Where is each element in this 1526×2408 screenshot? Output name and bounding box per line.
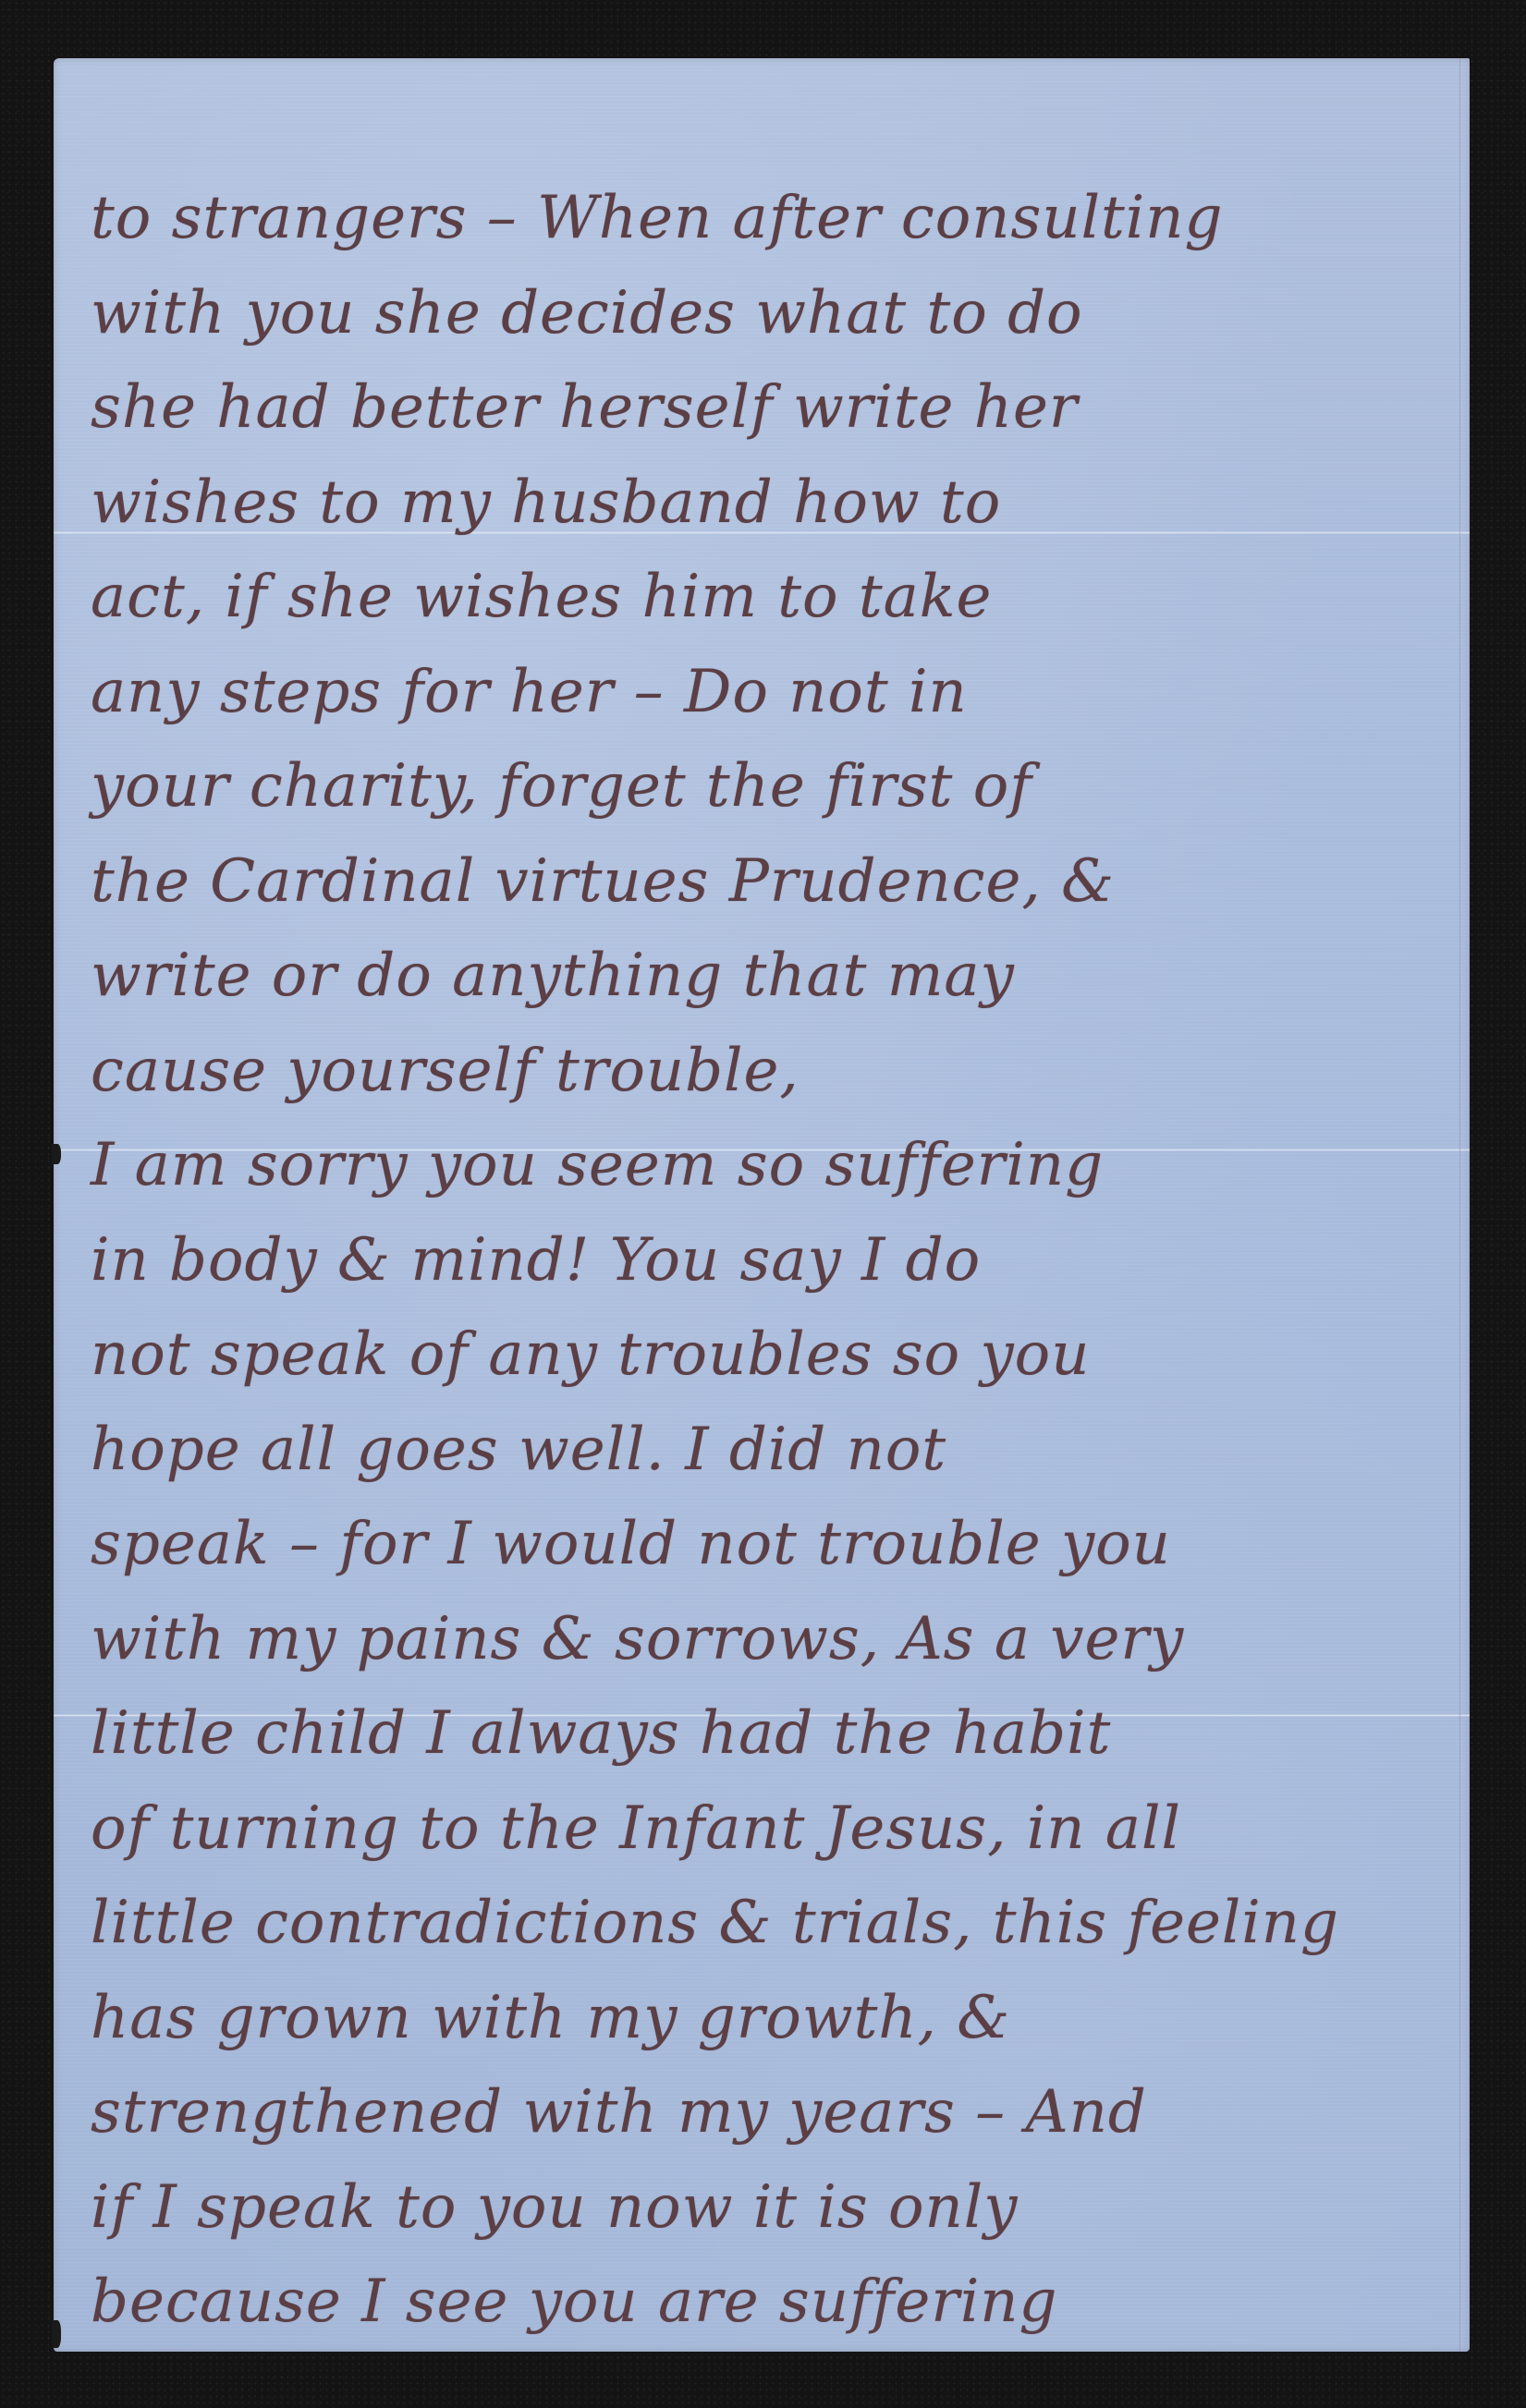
text-line: strengthened with my years – And	[91, 2065, 1433, 2160]
text-line: I am sorry you seem so suffering	[91, 1118, 1433, 1213]
text-line: with my pains & sorrows, As a very	[91, 1592, 1433, 1687]
text-line: has grown with my growth, &	[91, 1971, 1433, 2066]
text-line: with you she decides what to do	[91, 266, 1433, 361]
text-line: your charity, forget the first of	[91, 739, 1433, 834]
edge-tear-mark	[52, 2320, 61, 2348]
letter-page: to strangers – When after consulting wit…	[54, 58, 1470, 2352]
edge-tear-mark	[52, 1144, 61, 1164]
handwritten-text-block: to strangers – When after consulting wit…	[91, 171, 1433, 2350]
text-line: act, if she wishes him to take	[91, 550, 1433, 645]
text-line: little contradictions & trials, this fee…	[91, 1876, 1433, 1971]
text-line: not speak of any troubles so you	[91, 1307, 1433, 1403]
text-line: little child I always had the habit	[91, 1686, 1433, 1782]
text-line: to strangers – When after consulting	[91, 171, 1433, 266]
text-line: because I see you are suffering	[91, 2255, 1433, 2350]
text-line: wishes to my husband how to	[91, 456, 1433, 551]
text-line: write or do anything that may	[91, 929, 1433, 1024]
text-line: the Cardinal virtues Prudence, &	[91, 834, 1433, 930]
text-line: cause yourself trouble,	[91, 1024, 1433, 1119]
text-line: in body & mind! You say I do	[91, 1213, 1433, 1308]
text-line: speak – for I would not trouble you	[91, 1497, 1433, 1592]
text-line: hope all goes well. I did not	[91, 1403, 1433, 1498]
text-line: of turning to the Infant Jesus, in all	[91, 1782, 1433, 1877]
text-line: any steps for her – Do not in	[91, 645, 1433, 740]
text-line: she had better herself write her	[91, 360, 1433, 456]
text-line: if I speak to you now it is only	[91, 2160, 1433, 2256]
